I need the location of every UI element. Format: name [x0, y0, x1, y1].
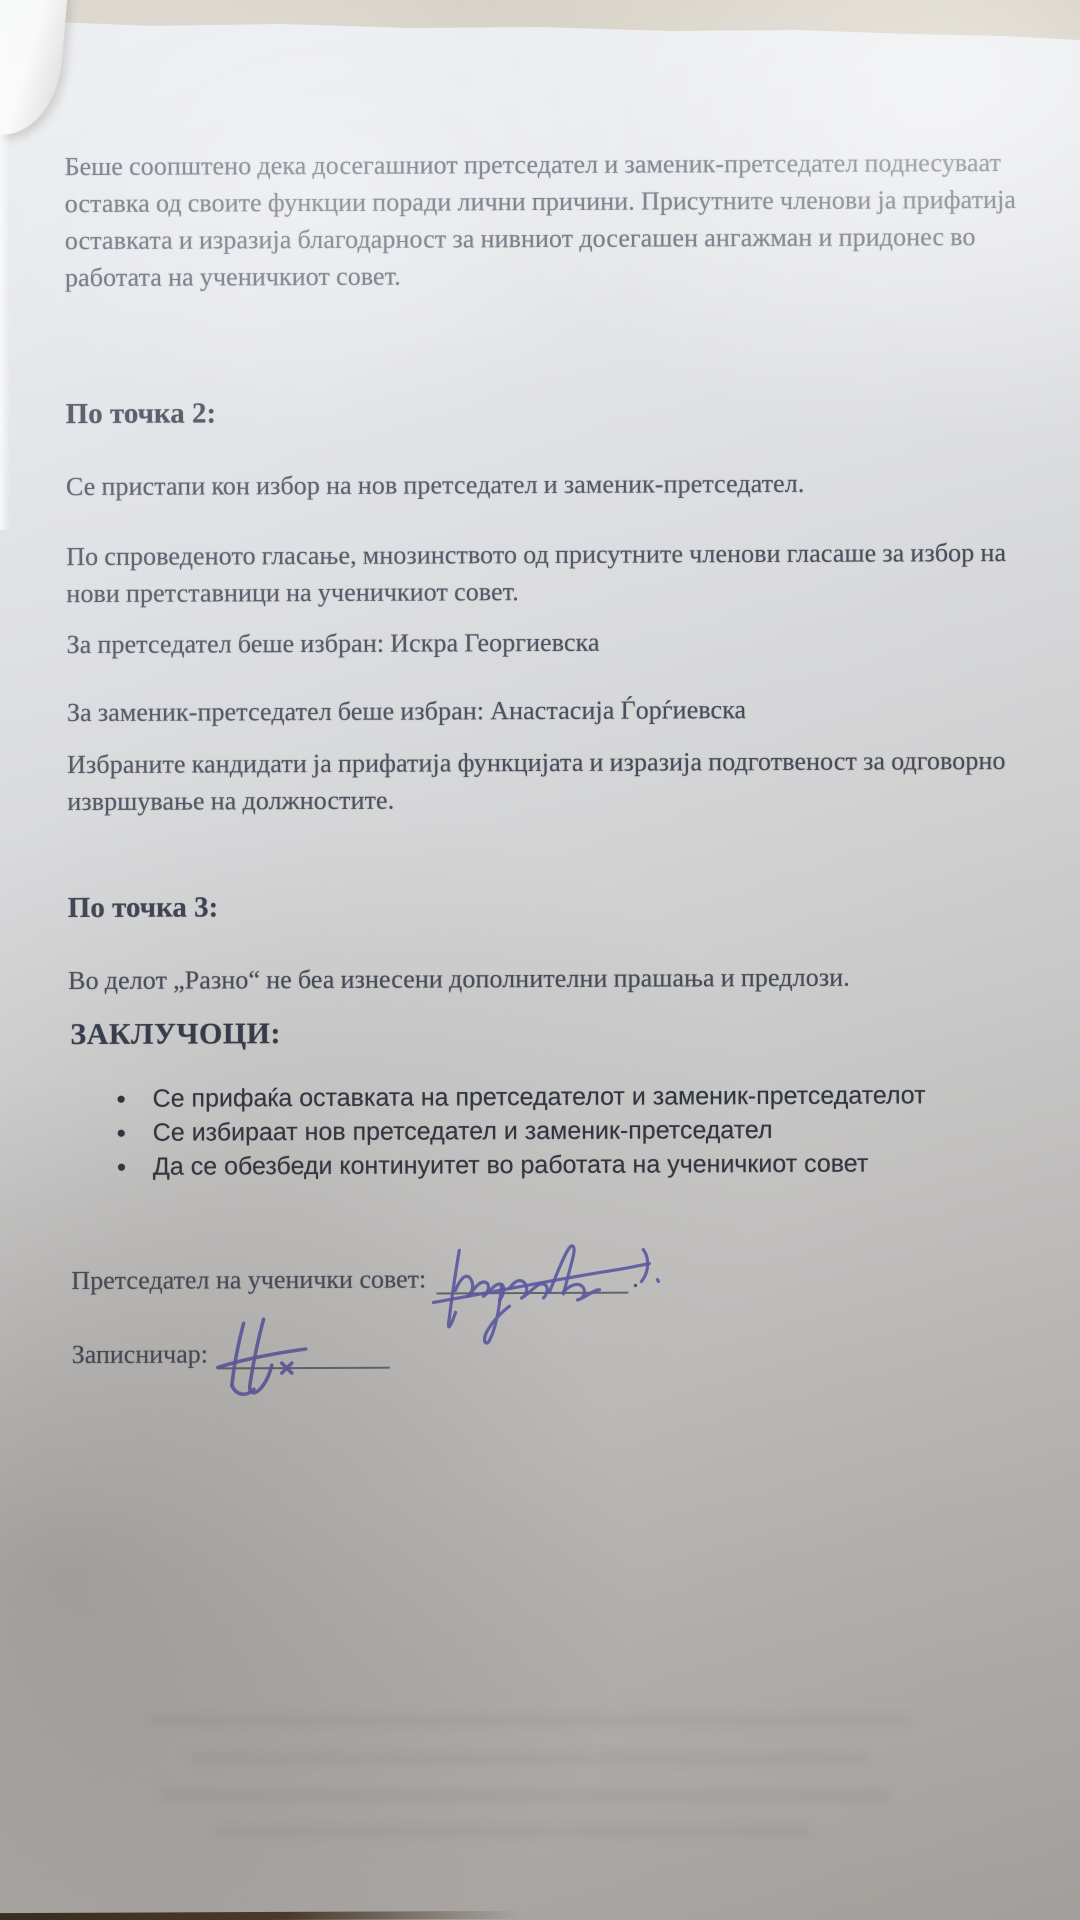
secretary-signature-label: Записничар:: [72, 1339, 208, 1370]
photo-of-document: Беше соопштено дека досегашниот претседа…: [0, 0, 1080, 1920]
president-signature-label: Претседател на ученички совет:: [71, 1264, 426, 1296]
secretary-signature-line: [218, 1337, 390, 1370]
conclusion-item: Се прифаќа оставката на претседателот и …: [153, 1078, 1033, 1116]
table-edge-bottom: [0, 1911, 520, 1920]
conclusion-item: Да се обезбеди континуитет во работата н…: [153, 1146, 1033, 1184]
line-president-elected: За претседател беше избран: Искра Георги…: [67, 622, 1052, 663]
secretary-signature-row: Записничар:: [72, 1337, 390, 1370]
document-text-layer: Беше соопштено дека досегашниот претседа…: [0, 0, 1080, 1920]
heading-point-2: По точка 2:: [66, 397, 217, 431]
paragraph-voting-result: По спроведеното гласање, мнозинството од…: [66, 534, 1051, 612]
president-signature-period: .: [632, 1264, 639, 1294]
line-deputy-elected: За заменик-претседател беше избран: Анас…: [67, 690, 1052, 731]
conclusion-item: Се избираат нов претседател и заменик-пр…: [153, 1112, 1033, 1150]
president-signature-row: Претседател на ученички совет: .: [71, 1262, 638, 1296]
president-signature-line: [436, 1262, 628, 1295]
heading-point-3: По точка 3:: [68, 891, 219, 925]
paragraph-election-start: Се пристапи кон избор на нов претседател…: [66, 464, 1051, 505]
conclusions-list: Се прифаќа оставката на претседателот и …: [153, 1078, 1033, 1184]
heading-conclusions: ЗАКЛУЧОЦИ:: [70, 1017, 281, 1052]
paragraph-candidates-accept: Избраните кандидати ја прифатија функциј…: [67, 742, 1052, 820]
paragraph-misc: Во делот „Разно“ не беа изнесени дополни…: [68, 958, 1053, 999]
paragraph-resignation: Беше соопштено дека досегашниот претседа…: [64, 144, 1050, 296]
